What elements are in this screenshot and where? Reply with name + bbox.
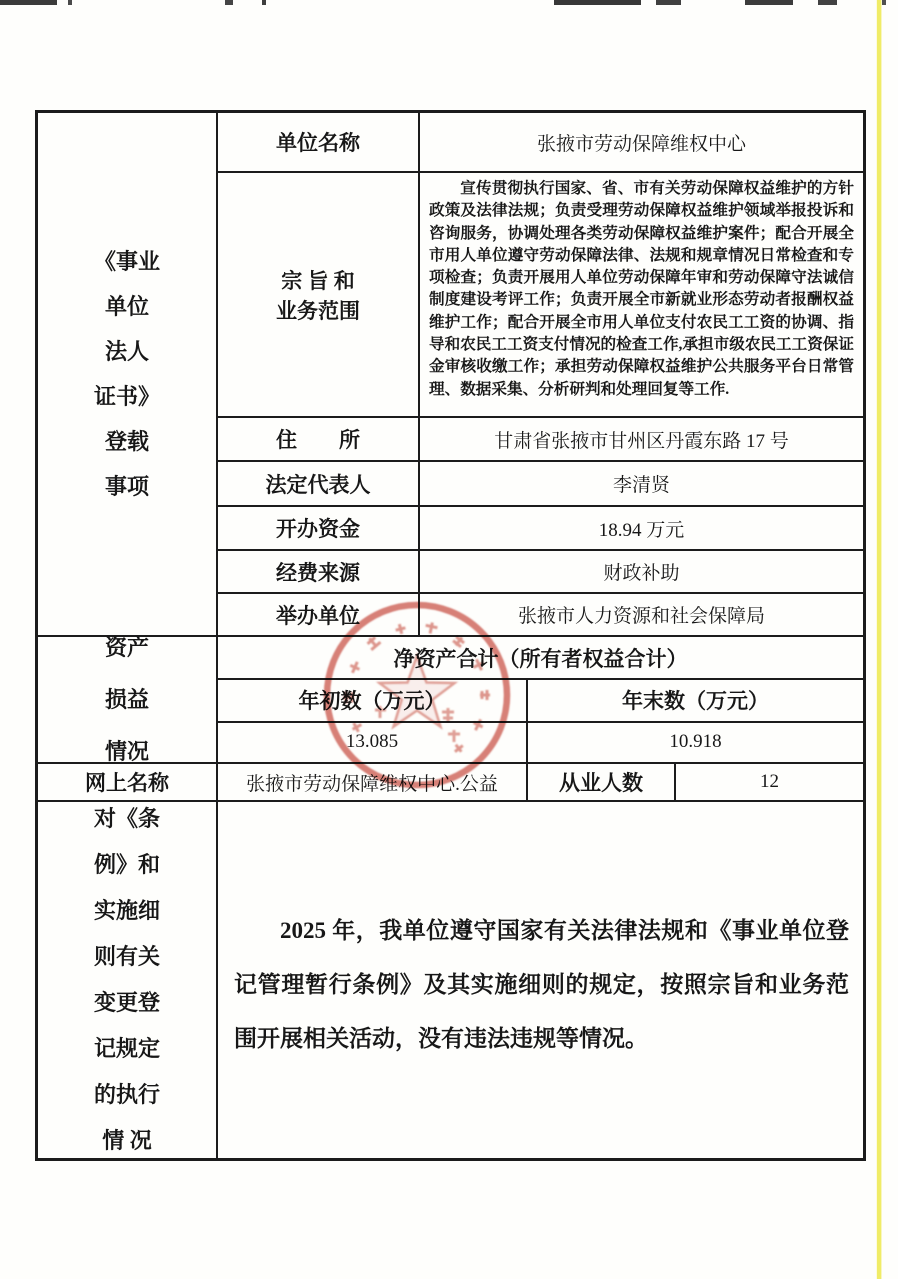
asset-rows: 净资产合计（所有者权益合计） 年初数（万元） 年末数（万元） 13.085 10… — [218, 637, 863, 762]
staff-count-label: 从业人数 — [528, 764, 676, 800]
compliance-statement: 2025 年，我单位遵守国家有关法律法规和《事业单位登记管理暂行条例》及其实施细… — [218, 802, 863, 1158]
online-name-label: 网上名称 — [38, 764, 218, 800]
unit-name-value: 张掖市劳动保障维权中心 — [420, 113, 863, 171]
funding-label: 经费来源 — [218, 551, 420, 592]
capital-label: 开办资金 — [218, 507, 420, 549]
asset-values-row: 13.085 10.918 — [218, 721, 863, 762]
scanned-document-page: 《事业 单位 法人 证书》 登载 事项 单位名称 张掖市劳动保障维权中心 宗 旨… — [0, 0, 898, 1279]
certificate-rows: 单位名称 张掖市劳动保障维权中心 宗 旨 和 业务范围 宣传贯彻执行国家、省、市… — [218, 113, 863, 635]
legal-rep-label: 法定代表人 — [218, 462, 420, 505]
certificate-section-label: 《事业 单位 法人 证书》 登载 事项 — [38, 113, 218, 635]
begin-year-label: 年初数（万元） — [218, 680, 528, 720]
address-label: 住 所 — [218, 418, 420, 460]
end-year-value: 10.918 — [528, 723, 863, 762]
legal-rep-value: 李清贤 — [420, 462, 863, 505]
online-name-row: 网上名称 张掖市劳动保障维权中心.公益 从业人数 12 — [38, 762, 863, 800]
unit-name-label: 单位名称 — [218, 113, 420, 171]
scope-label: 宗 旨 和 业务范围 — [218, 173, 420, 416]
table-row-legal-rep: 法定代表人 李清贤 — [218, 460, 863, 505]
table-row-capital: 开办资金 18.94 万元 — [218, 505, 863, 549]
certificate-items-section: 《事业 单位 法人 证书》 登载 事项 单位名称 张掖市劳动保障维权中心 宗 旨… — [38, 113, 863, 635]
table-row-sponsor: 举办单位 张掖市人力资源和社会保障局 — [218, 592, 863, 635]
scope-value: 宣传贯彻执行国家、省、市有关劳动保障权益维护的方针政策及法律法规；负责受理劳动保… — [420, 173, 863, 416]
asset-section: 资产 损益 情况 净资产合计（所有者权益合计） 年初数（万元） 年末数（万元） … — [38, 635, 863, 762]
capital-value: 18.94 万元 — [420, 507, 863, 549]
table-row-funding: 经费来源 财政补助 — [218, 549, 863, 592]
begin-year-value: 13.085 — [218, 723, 528, 762]
sponsor-value: 张掖市人力资源和社会保障局 — [420, 594, 863, 635]
sponsor-label: 举办单位 — [218, 594, 420, 635]
scan-edge-artifact-top — [0, 0, 898, 5]
asset-subheader-row: 年初数（万元） 年末数（万元） — [218, 678, 863, 720]
table-row-address: 住 所 甘肃省张掖市甘州区丹霞东路 17 号 — [218, 416, 863, 460]
table-row-scope: 宗 旨 和 业务范围 宣传贯彻执行国家、省、市有关劳动保障权益维护的方针政策及法… — [218, 171, 863, 416]
compliance-section-label: 对《条 例》和 实施细 则有关 变更登 记规定 的执行 情 况 — [38, 802, 218, 1158]
registration-form-table: 《事业 单位 法人 证书》 登载 事项 单位名称 张掖市劳动保障维权中心 宗 旨… — [35, 110, 866, 1161]
net-assets-header: 净资产合计（所有者权益合计） — [218, 637, 863, 678]
end-year-label: 年末数（万元） — [528, 680, 863, 720]
staff-count-value: 12 — [676, 764, 863, 800]
online-name-value: 张掖市劳动保障维权中心.公益 — [218, 764, 528, 800]
address-value: 甘肃省张掖市甘州区丹霞东路 17 号 — [420, 418, 863, 460]
funding-value: 财政补助 — [420, 551, 863, 592]
table-row-unit-name: 单位名称 张掖市劳动保障维权中心 — [218, 113, 863, 171]
asset-section-label: 资产 损益 情况 — [38, 637, 218, 762]
asset-header-row: 净资产合计（所有者权益合计） — [218, 637, 863, 678]
compliance-section: 对《条 例》和 实施细 则有关 变更登 记规定 的执行 情 况 2025 年，我… — [38, 800, 863, 1158]
scan-edge-artifact-right — [876, 0, 882, 1279]
